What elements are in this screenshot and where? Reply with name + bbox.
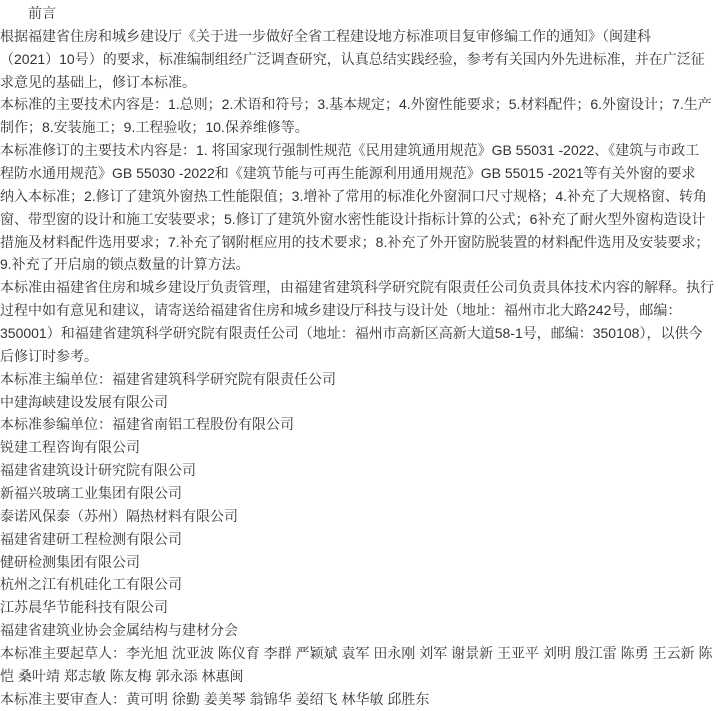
- management-paragraph-line-4: 后修订时参考。: [0, 345, 718, 368]
- chief-editor-unit-line-2: 中建海峡建设发展有限公司: [0, 391, 718, 414]
- contents-paragraph-line-1: 本标准的主要技术内容是：1.总则；2.术语和符号；3.基本规定；4.外窗性能要求…: [0, 93, 718, 116]
- participating-unit-line-8: 江苏晨华节能科技有限公司: [0, 596, 718, 619]
- management-paragraph-line-1: 本标准由福建省住房和城乡建设厅负责管理，由福建省建筑科学研究院有限责任公司负责具…: [0, 276, 718, 299]
- chief-editor-unit-line: 本标准主编单位：福建省建筑科学研究院有限责任公司: [0, 368, 718, 391]
- participating-unit-line-6: 健研检测集团有限公司: [0, 551, 718, 574]
- participating-unit-line-1: 锐建工程咨询有限公司: [0, 436, 718, 459]
- contents-paragraph-line-2: 制作；8.安装施工；9.工程验收；10.保养维修等。: [0, 116, 718, 139]
- participating-unit-line-7: 杭州之江有机硅化工有限公司: [0, 573, 718, 596]
- management-paragraph-line-3: 350001）和福建省建筑科学研究院有限责任公司（地址：福州市高新区高新大道58…: [0, 322, 718, 345]
- participating-unit-line-2: 福建省建筑设计研究院有限公司: [0, 459, 718, 482]
- participating-units-header-line: 本标准参编单位：福建省南铝工程股份有限公司: [0, 413, 718, 436]
- revisions-paragraph-line-2: 程防水通用规范》GB 55030 -2022和《建筑节能与可再生能源利用通用规范…: [0, 162, 718, 185]
- revisions-paragraph-line-3: 纳入本标准；2.修订了建筑外窗热工性能限值；3.增补了常用的标准化外窗洞口尺寸规…: [0, 185, 718, 208]
- drafters-line-1: 本标准主要起草人：李光旭 沈亚波 陈仪育 李群 严颖斌 袁军 田永刚 刘军 谢景…: [0, 642, 718, 665]
- management-paragraph-line-2: 过程中如有意见和建议，请寄送给福建省住房和城乡建设厅科技与设计处（地址：福州市北…: [0, 299, 718, 322]
- participating-unit-line-9: 福建省建筑业协会金属结构与建材分会: [0, 619, 718, 642]
- basis-paragraph-line-2: （2021）10号）的要求，标准编制组经广泛调查研究，认真总结实践经验，参考有关…: [0, 48, 718, 71]
- revisions-paragraph-line-5: 措施及材料配件选用要求；7.补充了钢附框应用的技术要求；8.补充了外开窗防脱装置…: [0, 231, 718, 254]
- revisions-paragraph-line-6: 9.补充了开启扇的锁点数量的计算方法。: [0, 253, 718, 276]
- participating-unit-line-5: 福建省建研工程检测有限公司: [0, 528, 718, 551]
- preface-document: 前言 根据福建省住房和城乡建设厅《关于进一步做好全省工程建设地方标准项目复审修编…: [0, 0, 718, 711]
- revisions-paragraph-line-1: 本标准修订的主要技术内容是：1. 将国家现行强制性规范《民用建筑通用规范》GB …: [0, 139, 718, 162]
- reviewers-line: 本标准主要审查人：黄可明 徐勤 姜美琴 翁锦华 姜绍飞 林华敏 邱胜东: [0, 688, 718, 711]
- drafters-line-2: 恺 桑叶靖 郑志敏 陈友梅 郭永添 林惠闽: [0, 665, 718, 688]
- basis-paragraph-line-1: 根据福建省住房和城乡建设厅《关于进一步做好全省工程建设地方标准项目复审修编工作的…: [0, 25, 718, 48]
- page-title: 前言: [0, 2, 718, 25]
- participating-unit-line-4: 泰诺风保泰（苏州）隔热材料有限公司: [0, 505, 718, 528]
- revisions-paragraph-line-4: 窗、带型窗的设计和施工安装要求；5.修订了建筑外窗水密性能设计指标计算的公式；6…: [0, 208, 718, 231]
- participating-unit-line-3: 新福兴玻璃工业集团有限公司: [0, 482, 718, 505]
- basis-paragraph-line-3: 求意见的基础上，修订本标准。: [0, 71, 718, 94]
